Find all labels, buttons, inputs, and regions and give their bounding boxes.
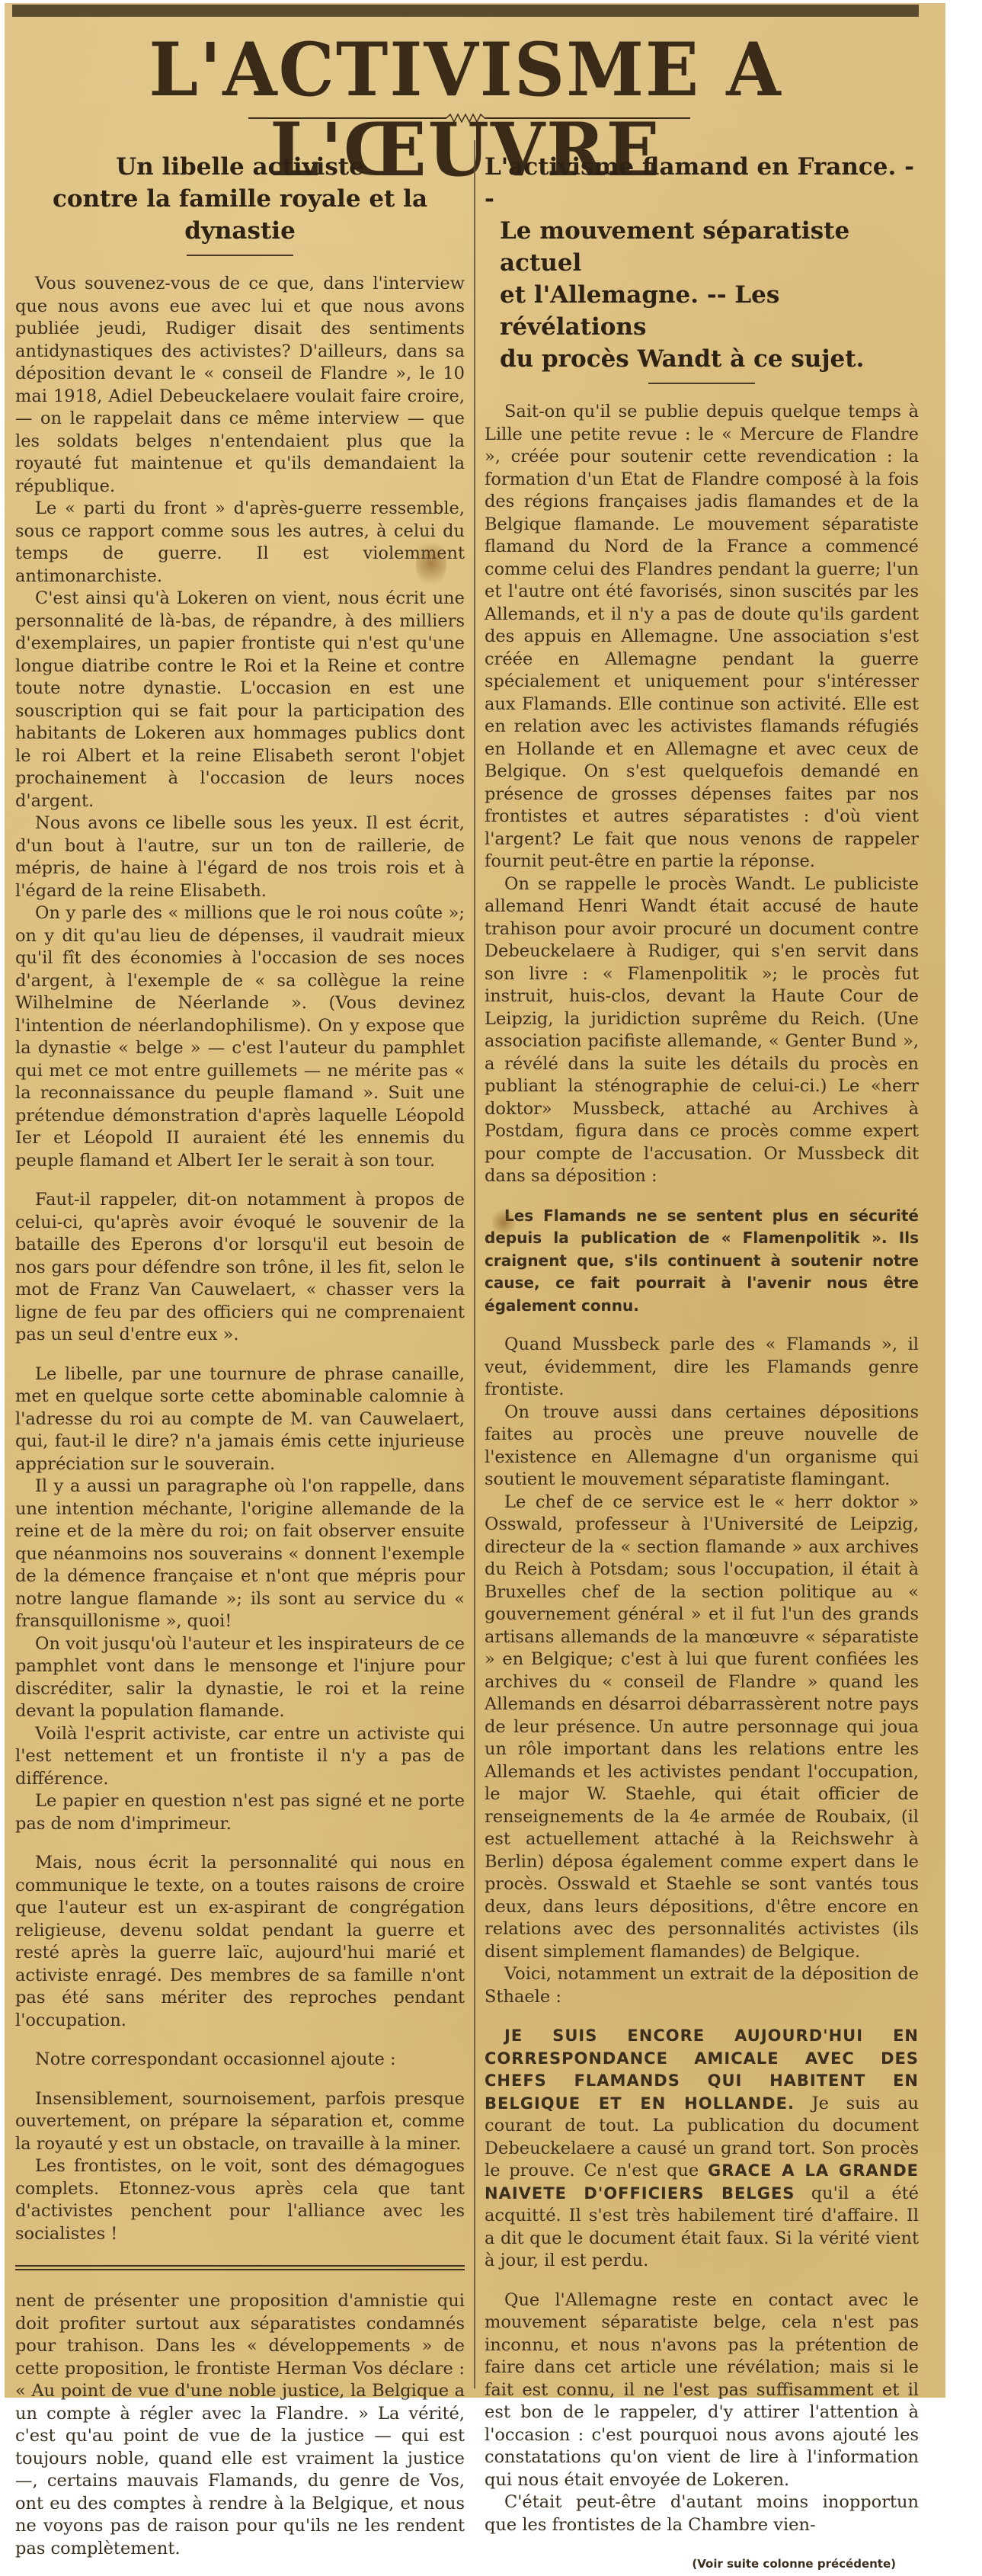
column-divider — [474, 140, 475, 2389]
paragraph: Le chef de ce service est le « herr dokt… — [485, 1491, 919, 1964]
paragraph: Mais, nous écrit la personnalité qui nou… — [15, 1852, 465, 2032]
paragraph: Que l'Allemagne reste en contact avec le… — [485, 2289, 919, 2403]
paragraph: Sait-on qu'il se publie depuis quelque t… — [485, 401, 919, 873]
paragraph: Insensiblement, sournoisement, parfois p… — [15, 2088, 465, 2156]
quote-staehle: JE SUIS ENCORE AUJOURD'HUI EN CORRESPOND… — [485, 2025, 919, 2273]
continuation-paragraph: nent de présenter une proposition d'amni… — [15, 2290, 465, 2402]
paragraph: On voit jusqu'où l'auteur et les inspira… — [15, 1633, 465, 1723]
paragraph: C'est ainsi qu'à Lokeren on vient, nous … — [15, 588, 465, 812]
paragraph: On y parle des « millions que le roi nou… — [15, 902, 465, 1172]
quote-mussbeck: Les Flamands ne se sentent plus en sécur… — [485, 1205, 919, 1318]
paragraph: Faut-il rappeler, dit-on notamment à pro… — [15, 1189, 465, 1347]
paragraph: On trouve aussi dans certaines dépositio… — [485, 1402, 919, 1491]
paragraph: On se rappelle le procès Wandt. Le publi… — [485, 873, 919, 1188]
section-double-rule — [15, 2265, 465, 2270]
paragraph: Il y a aussi un paragraphe où l'on rappe… — [15, 1475, 465, 1633]
headline-rule — [187, 255, 293, 256]
right-headline: L'activisme flamand en France. -- Le mou… — [485, 151, 919, 375]
newspaper-clipping: L'ACTIVISME A L'ŒUVRE Un libelle activis… — [5, 3, 945, 2398]
paragraph: Notre correspondant occasionnel ajoute : — [15, 2049, 465, 2071]
top-border-bar — [12, 5, 919, 17]
paragraph: Le « parti du front » d'après-guerre res… — [15, 498, 465, 588]
left-article: Un libelle activiste contre la famille r… — [15, 140, 465, 2402]
headline-rule — [648, 383, 755, 384]
paragraph: Voilà l'esprit activiste, car entre un a… — [15, 1723, 465, 1791]
paragraph: Vous souvenez-vous de ce que, dans l'int… — [15, 273, 465, 498]
paper-stain — [416, 537, 446, 590]
paragraph: Le libelle, par une tournure de phrase c… — [15, 1363, 465, 1476]
paragraph: Voici, notamment un extrait de la déposi… — [485, 1963, 919, 2008]
paragraph: Nous avons ce libelle sous les yeux. Il … — [15, 812, 465, 902]
paragraph: Les frontistes, on le voit, sont des dém… — [15, 2155, 465, 2245]
paper-stain — [492, 1207, 515, 1238]
ornament-divider — [248, 113, 690, 123]
paragraph: Le papier en question n'est pas signé et… — [15, 1790, 465, 1835]
paragraph: Quand Mussbeck parle des « Flamands », i… — [485, 1334, 919, 1402]
right-article: L'activisme flamand en France. -- Le mou… — [485, 140, 919, 2402]
left-headline: Un libelle activiste contre la famille r… — [15, 151, 465, 247]
